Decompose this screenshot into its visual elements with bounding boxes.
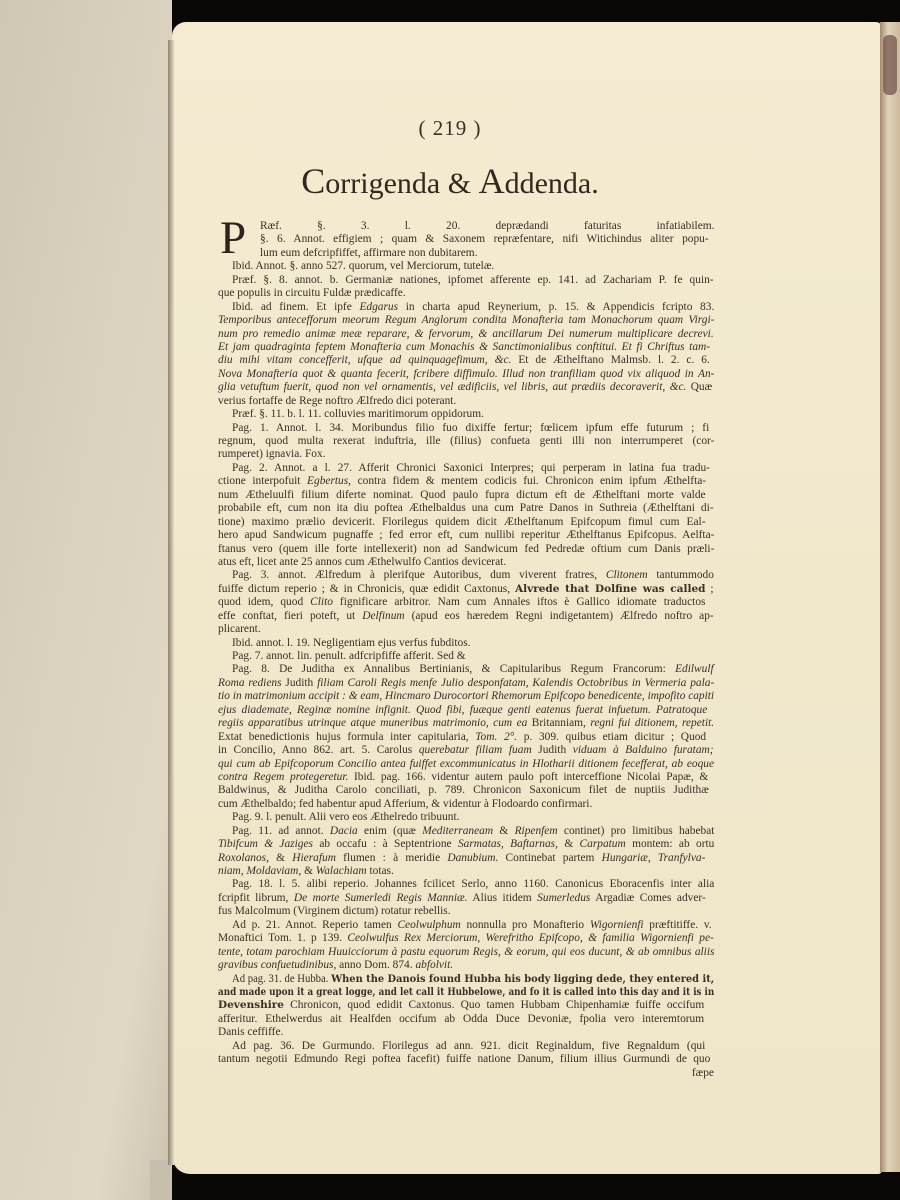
italic-text: Edilwulf bbox=[675, 663, 714, 675]
roman-text: Pag. 1. Annot. l. 34. Moribundus filio f… bbox=[232, 422, 709, 434]
roman-text: §. 6. Annot. effigiem ; quam & Saxonem r… bbox=[260, 233, 709, 245]
italic-text: gravibus confuetudinibus, bbox=[218, 959, 336, 971]
text-line: Pag. 1. Annot. l. 34. Moribundus filio f… bbox=[218, 422, 714, 435]
text-line: cum Æthelbaldo; fed habentur apud Afferi… bbox=[218, 798, 714, 811]
text-line: regnum, quod multa rexerat induftria, il… bbox=[218, 435, 714, 448]
roman-text: Ad p. 21. Annot. Reperio tamen bbox=[232, 919, 397, 931]
roman-text: Ibid. pag. 166. videntur autem paulo pof… bbox=[348, 771, 708, 783]
roman-text: Quæ bbox=[686, 381, 712, 393]
text-line: Monaftici Tom. 1. p 139. Ceolwulfus Rex … bbox=[218, 932, 714, 945]
book-gutter bbox=[168, 40, 174, 1165]
italic-text: diu mihi vitam concefferit, ufque ad qui… bbox=[218, 354, 511, 366]
text-line: Ibid. ad finem. Et ipfe Edgarus in chart… bbox=[218, 301, 714, 314]
text-line: Ræf. §. 3. l. 20. deprædandi faturitas i… bbox=[218, 220, 714, 233]
italic-text: contra Regem protegeretur. bbox=[218, 771, 348, 783]
text-line: fus Malcolmum (Virginem dictum) rotatur … bbox=[218, 905, 714, 918]
text-line: Pag. 18. l. 5. alibi reperio. Johannes f… bbox=[218, 878, 714, 891]
text-line: Ad p. 21. Annot. Reperio tamen Ceolwulph… bbox=[218, 919, 714, 932]
italic-text: Hierafum bbox=[292, 852, 336, 864]
roman-text: Pag. 7. annot. lin. penult. adfcripfiffe… bbox=[232, 650, 466, 662]
roman-text: p. 309. quibus etiam dicitur ; Quod bbox=[517, 731, 706, 743]
italic-text: Ceolwulphum bbox=[397, 919, 460, 931]
text-line: Temporibus antecefforum meorum Regum Ang… bbox=[218, 314, 714, 327]
italic-text: regiis apparatibus utrinque atque muneri… bbox=[218, 717, 527, 729]
text-line: Pag. 7. annot. lin. penult. adfcripfiffe… bbox=[218, 650, 714, 663]
text-line: tio in matrimonium accipit : & eam, Hinc… bbox=[218, 690, 714, 703]
text-line: Ad pag. 36. De Gurmundo. Florilegus ad a… bbox=[218, 1040, 714, 1053]
text-line: quod idem, quod Clito fignificare arbitr… bbox=[218, 596, 714, 609]
roman-text: Ibid. ad finem. Et ipfe bbox=[232, 301, 359, 313]
left-page-corner bbox=[150, 1160, 170, 1200]
italic-text: Mediterraneam bbox=[422, 825, 493, 837]
errata-text-body: Ræf. §. 3. l. 20. deprædandi faturitas i… bbox=[218, 220, 714, 1080]
roman-text: & bbox=[301, 865, 316, 877]
roman-text: regnum, quod multa rexerat induftria, il… bbox=[218, 435, 714, 447]
italic-text: Edgarus bbox=[359, 301, 398, 313]
roman-text: montem: ab ortu bbox=[626, 838, 715, 850]
text-line: and made upon it a great logge, and let … bbox=[218, 986, 714, 999]
roman-text: fæpe bbox=[692, 1067, 714, 1079]
italic-text: Ceolwulfus Rex Merciorum, Werefritho Epi… bbox=[347, 932, 713, 944]
text-line: Pag. 3. annot. Ælfredum à plerifque Auto… bbox=[218, 569, 714, 582]
roman-text: Extat benedictionis hujus formula inter … bbox=[218, 731, 475, 743]
roman-text: Ad pag. 31. de Hubba. bbox=[232, 973, 331, 985]
roman-text: afferitur. Ethelwerdus ait Healfden occi… bbox=[218, 1013, 704, 1025]
roman-text: probabile eft, cum non ita diu poftea Æt… bbox=[218, 502, 714, 514]
roman-text: verius fortaffe de Rege noftro Ælfredo d… bbox=[218, 395, 456, 407]
title-initial-c: C bbox=[301, 161, 325, 201]
italic-text: Et jam quadraginta feptem Monafteria cum… bbox=[218, 341, 710, 353]
italic-text: Clitonem bbox=[606, 569, 648, 581]
roman-text: anno Dom. 874. bbox=[336, 959, 415, 971]
roman-text: Monaftici Tom. 1. p 139. bbox=[218, 932, 347, 944]
roman-text: Baldwinus, & Juditha Carolo conciliati, … bbox=[218, 784, 709, 796]
roman-text: & bbox=[269, 852, 292, 864]
roman-text: atus eft, licet ante 25 annos cum Æthelw… bbox=[218, 556, 506, 568]
text-line: contra Regem protegeretur. Ibid. pag. 16… bbox=[218, 771, 714, 784]
roman-text: Ibid. Annot. §. anno 527. quorum, vel Me… bbox=[232, 260, 494, 272]
text-line: niam, Moldaviam, & Walachiam totas. bbox=[218, 865, 714, 878]
roman-text: flumen : à meridie bbox=[336, 852, 447, 864]
roman-text: Pag. 3. annot. Ælfredum à plerifque Auto… bbox=[232, 569, 606, 581]
roman-text: cum Æthelbaldo; fed habentur apud Afferi… bbox=[218, 798, 592, 810]
roman-text: fignificare arbitror. Nam cum Annales if… bbox=[333, 596, 706, 608]
italic-text: querebatur filiam fuam bbox=[419, 744, 532, 756]
italic-text: Roxolanos, bbox=[218, 852, 269, 864]
title-part-1: orrigenda & bbox=[325, 167, 478, 200]
text-line: Præf. §. 11. b. l. 11. colluvies maritim… bbox=[218, 408, 714, 421]
title-part-2: ddenda. bbox=[505, 167, 599, 200]
roman-text: Continebat partem bbox=[498, 852, 601, 864]
text-line: regiis apparatibus utrinque atque muneri… bbox=[218, 717, 714, 730]
text-line: num pro remedio animæ meæ reparare, & fe… bbox=[218, 328, 714, 341]
text-line: plicarent. bbox=[218, 623, 714, 636]
italic-text: glia vetuftum fuerit, quod non vel ornam… bbox=[218, 381, 686, 393]
text-line: atus eft, licet ante 25 annos cum Æthelw… bbox=[218, 556, 714, 569]
roman-text: Pag. 11. ad annot. bbox=[232, 825, 330, 837]
roman-text: ; bbox=[705, 583, 713, 595]
text-line: §. 6. Annot. effigiem ; quam & Saxonem r… bbox=[218, 233, 714, 246]
roman-text: Et de Æthelftano Malmsb. l. 2. c. 6. bbox=[511, 354, 709, 366]
text-line: Ad pag. 31. de Hubba. When the Danois fo… bbox=[218, 973, 714, 986]
roman-text: Præf. §. 8. annot. b. Germaniæ nationes,… bbox=[232, 274, 714, 286]
blackletter-text: Alvrede that Dolfine was called bbox=[515, 583, 706, 595]
roman-text: Pag. 2. Annot. a l. 27. Afferit Chronici… bbox=[232, 462, 710, 474]
italic-text: Ripenfem bbox=[515, 825, 558, 837]
italic-text: regni fui ditionem, repetit. bbox=[590, 717, 714, 729]
text-line: ctione interpofuit Egbertus, contra fide… bbox=[218, 475, 714, 488]
text-line: tente, totam parochiam Huuicciorum à pas… bbox=[218, 946, 714, 959]
roman-text: Pag. 18. l. 5. alibi reperio. Johannes f… bbox=[232, 878, 714, 890]
text-line: tione) maximo prælio devicerit. Florileg… bbox=[218, 516, 714, 529]
text-line: verius fortaffe de Rege noftro Ælfredo d… bbox=[218, 395, 714, 408]
text-line: num Ætheluulfi filium diferte nominat. Q… bbox=[218, 489, 714, 502]
roman-text: Pag. 8. De Juditha ex Annalibus Bertinia… bbox=[232, 663, 675, 675]
text-line: Tibifcum & Jaziges ab occafu : à Septent… bbox=[218, 838, 714, 851]
text-line: hero apud Sandwicum pugnaffe ; fed error… bbox=[218, 529, 714, 542]
text-line: glia vetuftum fuerit, quod non vel ornam… bbox=[218, 381, 714, 394]
text-line: fcripfit librum, De morte Sumerledi Regi… bbox=[218, 892, 714, 905]
blackletter-text: Devenshire bbox=[218, 999, 284, 1011]
text-line: Baldwinus, & Juditha Carolo conciliati, … bbox=[218, 784, 714, 797]
text-line: Pag. 8. De Juditha ex Annalibus Bertinia… bbox=[218, 663, 714, 676]
roman-text: Pag. 9. l. penult. Alii vero eos Æthelre… bbox=[232, 811, 459, 823]
text-line: fuiffe dictum reperio ; & in Chronicis, … bbox=[218, 583, 714, 596]
blackletter-text: and made upon it a great logge, and let … bbox=[218, 986, 714, 998]
italic-text: ejus diademate, Reginæ nomine infignit. … bbox=[218, 704, 707, 716]
text-line: ftanus vero (quem ille forte intellexeri… bbox=[218, 543, 714, 556]
roman-text: (apud eos hæredem Regni indigetantem) Æl… bbox=[405, 610, 714, 622]
roman-text: plicarent. bbox=[218, 623, 261, 635]
roman-text: Danis ceffiffe. bbox=[218, 1026, 283, 1038]
italic-text: Sumerledus bbox=[537, 892, 590, 904]
roman-text: quod idem, quod bbox=[218, 596, 310, 608]
roman-text: fcripfit librum, bbox=[218, 892, 294, 904]
roman-text: ab occafu : à Septentrione bbox=[313, 838, 458, 850]
roman-text: enim (quæ bbox=[358, 825, 423, 837]
roman-text: Chronicon, quod edidit Caxtonus. Quo tam… bbox=[284, 999, 704, 1011]
page-title: Corrigenda & Addenda. bbox=[0, 160, 900, 202]
italic-text: num pro remedio animæ meæ reparare, & fe… bbox=[218, 328, 714, 340]
roman-text: tantum negotii Edmundo Regi poftea facef… bbox=[218, 1053, 710, 1065]
roman-text: præftitiffe. v. bbox=[644, 919, 712, 931]
roman-text: nonnulla pro Monafterio bbox=[461, 919, 590, 931]
roman-text: hero apud Sandwicum pugnaffe ; fed error… bbox=[218, 529, 714, 541]
italic-text: Clito bbox=[310, 596, 333, 608]
text-line: in Concilio, Anno 862. art. 5. Carolus q… bbox=[218, 744, 714, 757]
blackletter-text: When the Danois found Hubba his body lig… bbox=[331, 973, 714, 985]
italic-text: Hungariæ, Tranfylva- bbox=[602, 852, 706, 864]
page-number: ( 219 ) bbox=[0, 116, 900, 141]
text-line: Et jam quadraginta feptem Monafteria cum… bbox=[218, 341, 714, 354]
roman-text: in Concilio, Anno 862. art. 5. Carolus bbox=[218, 744, 419, 756]
italic-text: Tibifcum & Jaziges bbox=[218, 838, 313, 850]
text-line: effe conftat, fieri poteft, ut Delfinum … bbox=[218, 610, 714, 623]
roman-text: fus Malcolmum (Virginem dictum) rotatur … bbox=[218, 905, 451, 917]
italic-text: abfolvit. bbox=[415, 959, 453, 971]
roman-text: Britanniam, bbox=[527, 717, 590, 729]
roman-text: lum eum defcripfiffet, affirmare non dub… bbox=[260, 247, 478, 259]
italic-text: Delfinum bbox=[362, 610, 404, 622]
italic-text: Tom. 2°. bbox=[475, 731, 517, 743]
italic-text: Nova Monafteria quot & quanta fecerit, f… bbox=[218, 368, 714, 380]
roman-text: & bbox=[558, 838, 580, 850]
italic-text: tio in matrimonium accipit : & eam, Hinc… bbox=[218, 690, 714, 702]
roman-text: Alius itidem bbox=[467, 892, 537, 904]
title-initial-a: A bbox=[479, 161, 505, 201]
text-line: qui cum ab Epifcoporum Concilio antea fu… bbox=[218, 758, 714, 771]
text-line: rumperet) ignavia. Fox. bbox=[218, 448, 714, 461]
italic-text: tente, totam parochiam Huuicciorum à pas… bbox=[218, 946, 714, 958]
italic-text: qui cum ab Epifcoporum Concilio antea fu… bbox=[218, 758, 714, 770]
italic-text: filiam Caroli Regis menfe Julio desponfa… bbox=[317, 677, 714, 689]
italic-text: De morte Sumerledi Regis Manniæ. bbox=[294, 892, 468, 904]
roman-text: que populis in circuitu Fuldæ prædicaffe… bbox=[218, 287, 406, 299]
roman-text: Præf. §. 11. b. l. 11. colluvies maritim… bbox=[232, 408, 484, 420]
text-line: afferitur. Ethelwerdus ait Healfden occi… bbox=[218, 1013, 714, 1026]
text-line: Nova Monafteria quot & quanta fecerit, f… bbox=[218, 368, 714, 381]
roman-text: tione) maximo prælio devicerit. Florileg… bbox=[218, 516, 706, 528]
italic-text: Carpatum bbox=[580, 838, 626, 850]
roman-text: Argadiæ Comes adver- bbox=[590, 892, 705, 904]
text-line: diu mihi vitam concefferit, ufque ad qui… bbox=[218, 354, 714, 367]
text-line: Ibid. Annot. §. anno 527. quorum, vel Me… bbox=[218, 260, 714, 273]
roman-text: effe conftat, fieri poteft, ut bbox=[218, 610, 362, 622]
italic-text: Walachiam bbox=[316, 865, 367, 877]
roman-text: in charta apud Reynerium, p. 15. & Appen… bbox=[398, 301, 714, 313]
text-line: gravibus confuetudinibus, anno Dom. 874.… bbox=[218, 959, 714, 972]
italic-text: Sarmatas, Baftarnas, bbox=[458, 838, 558, 850]
text-line: Pag. 11. ad annot. Dacia enim (quæ Medit… bbox=[218, 825, 714, 838]
text-line: Præf. §. 8. annot. b. Germaniæ nationes,… bbox=[218, 274, 714, 287]
italic-text: Dacia bbox=[330, 825, 358, 837]
roman-text: ctione interpofuit bbox=[218, 475, 307, 487]
italic-text: Danubium. bbox=[447, 852, 498, 864]
text-line: Ibid. annot. l. 19. Negligentiam ejus ve… bbox=[218, 637, 714, 650]
edge-stain bbox=[883, 35, 897, 95]
text-line: Danis ceffiffe. bbox=[218, 1026, 714, 1039]
text-line: fæpe bbox=[218, 1067, 714, 1080]
roman-text: Ibid. annot. l. 19. Negligentiam ejus ve… bbox=[232, 637, 471, 649]
text-line: tantum negotii Edmundo Regi poftea facef… bbox=[218, 1053, 714, 1066]
roman-text: totas. bbox=[367, 865, 394, 877]
text-line: Devenshire Chronicon, quod edidit Caxton… bbox=[218, 999, 714, 1012]
roman-text: Ræf. §. 3. l. 20. deprædandi faturitas i… bbox=[260, 220, 714, 232]
text-line: Pag. 9. l. penult. Alii vero eos Æthelre… bbox=[218, 811, 714, 824]
text-line: ejus diademate, Reginæ nomine infignit. … bbox=[218, 704, 714, 717]
roman-text: rumperet) ignavia. Fox. bbox=[218, 448, 326, 460]
italic-text: Temporibus antecefforum meorum Regum Ang… bbox=[218, 314, 714, 326]
text-line: que populis in circuitu Fuldæ prædicaffe… bbox=[218, 287, 714, 300]
text-line: Extat benedictionis hujus formula inter … bbox=[218, 731, 714, 744]
italic-text: niam, Moldaviam, bbox=[218, 865, 301, 877]
text-line: probabile eft, cum non ita diu poftea Æt… bbox=[218, 502, 714, 515]
italic-text: Egbertus, bbox=[307, 475, 351, 487]
roman-text: contra fidem & mentem codicis fui. Chron… bbox=[351, 475, 706, 487]
roman-text: num Ætheluulfi filium diferte nominat. Q… bbox=[218, 489, 706, 501]
italic-text: viduam à Balduino furatam; bbox=[573, 744, 714, 756]
roman-text: Ad pag. 36. De Gurmundo. Florilegus ad a… bbox=[232, 1040, 705, 1052]
roman-text: continet) pro limitibus habebat bbox=[558, 825, 715, 837]
roman-text: Judith bbox=[282, 677, 318, 689]
text-line: Roxolanos, & Hierafum flumen : à meridie… bbox=[218, 852, 714, 865]
roman-text: ftanus vero (quem ille forte intellexeri… bbox=[218, 543, 714, 555]
roman-text: fuiffe dictum reperio ; & in Chronicis, … bbox=[218, 583, 515, 595]
roman-text: Judith bbox=[532, 744, 573, 756]
roman-text: & bbox=[493, 825, 514, 837]
text-line: lum eum defcripfiffet, affirmare non dub… bbox=[218, 247, 714, 260]
text-line: Roma rediens Judith filiam Caroli Regis … bbox=[218, 677, 714, 690]
italic-text: Wigornienfi bbox=[590, 919, 644, 931]
roman-text: tantummodo bbox=[648, 569, 714, 581]
text-line: Pag. 2. Annot. a l. 27. Afferit Chronici… bbox=[218, 462, 714, 475]
italic-text: Roma rediens bbox=[218, 677, 282, 689]
